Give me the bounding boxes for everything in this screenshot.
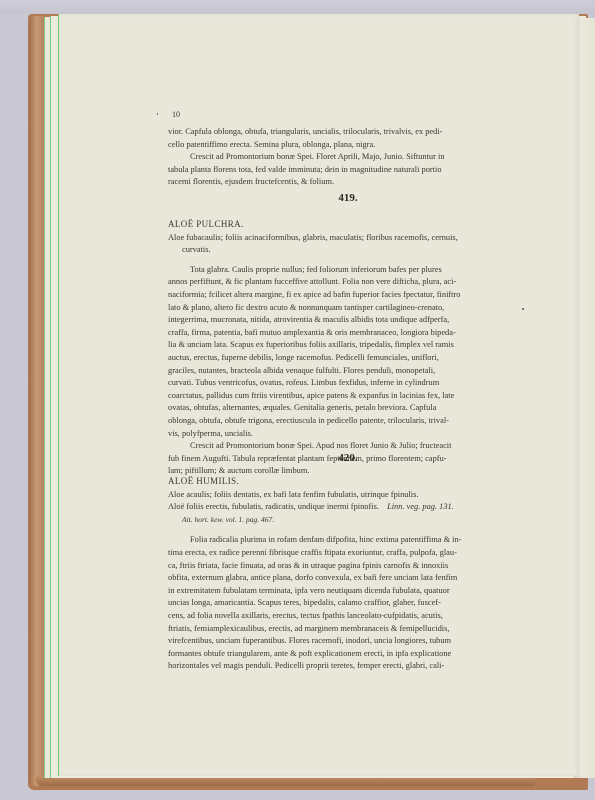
- description-line: Tota glabra. Caulis proprie nullus; fed …: [168, 264, 508, 277]
- text-line: racemi florentis, ejusdem fructefcentis,…: [168, 176, 508, 189]
- page-number: 10: [172, 110, 180, 119]
- spacer: [168, 257, 508, 264]
- description-line: formantes obtufe triangularem, ante & po…: [168, 648, 508, 661]
- diagnosis-line: Aloe fubacaulis; foliis acinaciformibus,…: [168, 232, 508, 245]
- description-line: vis, polyfperma, uncialis.: [168, 428, 508, 441]
- description-line: annos perfiftunt, & fic plantam fucceffi…: [168, 276, 508, 289]
- description-line: ca, ftriis ftriata, facie finuata, ad or…: [168, 560, 508, 573]
- synonym-line: Aloë foliis erectis, fubulatis, radicati…: [168, 501, 508, 514]
- description-line: obfita, externum glabra, antice plana, d…: [168, 572, 508, 585]
- text-line: tabula planta florens tota, fed valde im…: [168, 164, 508, 177]
- text-line: cello patentiffimo erecta. Semina plura,…: [168, 139, 508, 152]
- description-line: coarctatus, pallidus cum ftriis virentib…: [168, 390, 508, 403]
- description-line: horizontales vel magis penduli. Pedicell…: [168, 660, 508, 673]
- diagnosis-line: curvatis.: [168, 244, 508, 257]
- description-line: curvati. Tubus ventricofus, ovatus, rofe…: [168, 377, 508, 390]
- species-entry-aloe-humilis: ALOË HUMILIS. Aloe acaulis; foliis denta…: [168, 475, 508, 673]
- description-line: cens, ad folia novella axillaris, erectu…: [168, 610, 508, 623]
- margin-mark: [157, 113, 158, 115]
- continuation-block: vior. Capfula oblonga, obtufa, triangula…: [168, 126, 508, 189]
- species-title: ALOË PULCHRA.: [168, 218, 508, 231]
- description-line: auctus, erectus, fuperne debilis, longe …: [168, 352, 508, 365]
- text-line: vior. Capfula oblonga, obtufa, triangula…: [168, 126, 508, 139]
- synonym-reference: Linn. veg. pag. 131.: [387, 502, 454, 511]
- synonym-text: Aloë foliis erectis, fubulatis, radicati…: [168, 502, 379, 511]
- description-line: naciformia; fcilicet altera margine, fi …: [168, 289, 508, 302]
- description-line: virefcentibus, unciam fuperantibus. Flor…: [168, 635, 508, 648]
- description-line: Folia radicalia plurima in rofam denfam …: [168, 534, 508, 547]
- spacer: [168, 526, 508, 534]
- diagnosis-line: Aloe acaulis; foliis dentatis, ex bafi l…: [168, 489, 508, 502]
- synonym-reference: Ait. hort. kew. vol. 1. pag. 467.: [168, 514, 508, 527]
- description-line: graciles, nutantes, bracteola albida ven…: [168, 365, 508, 378]
- description-line: uncias longa, amaricantia. Scapus teres,…: [168, 597, 508, 610]
- section-number: 420.: [318, 452, 378, 464]
- description-line: in extremitatem fubulatam terminata, ipf…: [168, 585, 508, 598]
- scan-background: [0, 0, 595, 14]
- habitat-line: Crescit ad Promontorium bonæ Spei. Apud …: [168, 440, 508, 453]
- description-line: craffa, firma, patentia, bafi mutuo ampl…: [168, 327, 508, 340]
- description-line: lato & plano, altero fic dextro acuto & …: [168, 302, 508, 315]
- margin-mark: [522, 308, 524, 310]
- description-line: ftriatis, femiamplexicaulibus, erectis, …: [168, 623, 508, 636]
- section-number: 419.: [318, 192, 378, 204]
- species-entry-aloe-pulchra: ALOË PULCHRA. Aloe fubacaulis; foliis ac…: [168, 218, 508, 478]
- book-spine-edge: [29, 16, 44, 786]
- species-title: ALOË HUMILIS.: [168, 475, 508, 488]
- description-line: lia & unciam lata. Scapus ex fuperioribu…: [168, 339, 508, 352]
- description-line: ovatas, obtufas, alternantes, æquales. G…: [168, 402, 508, 415]
- description-line: integerrima, mucronata, nitida, atrovire…: [168, 314, 508, 327]
- description-line: tima erecta, ex radice perenni fibrisque…: [168, 547, 508, 560]
- text-line: Crescit ad Promontorium bonæ Spei. Flore…: [168, 151, 508, 164]
- description-line: oblonga, obtufa, obtufe trigona, erectiu…: [168, 415, 508, 428]
